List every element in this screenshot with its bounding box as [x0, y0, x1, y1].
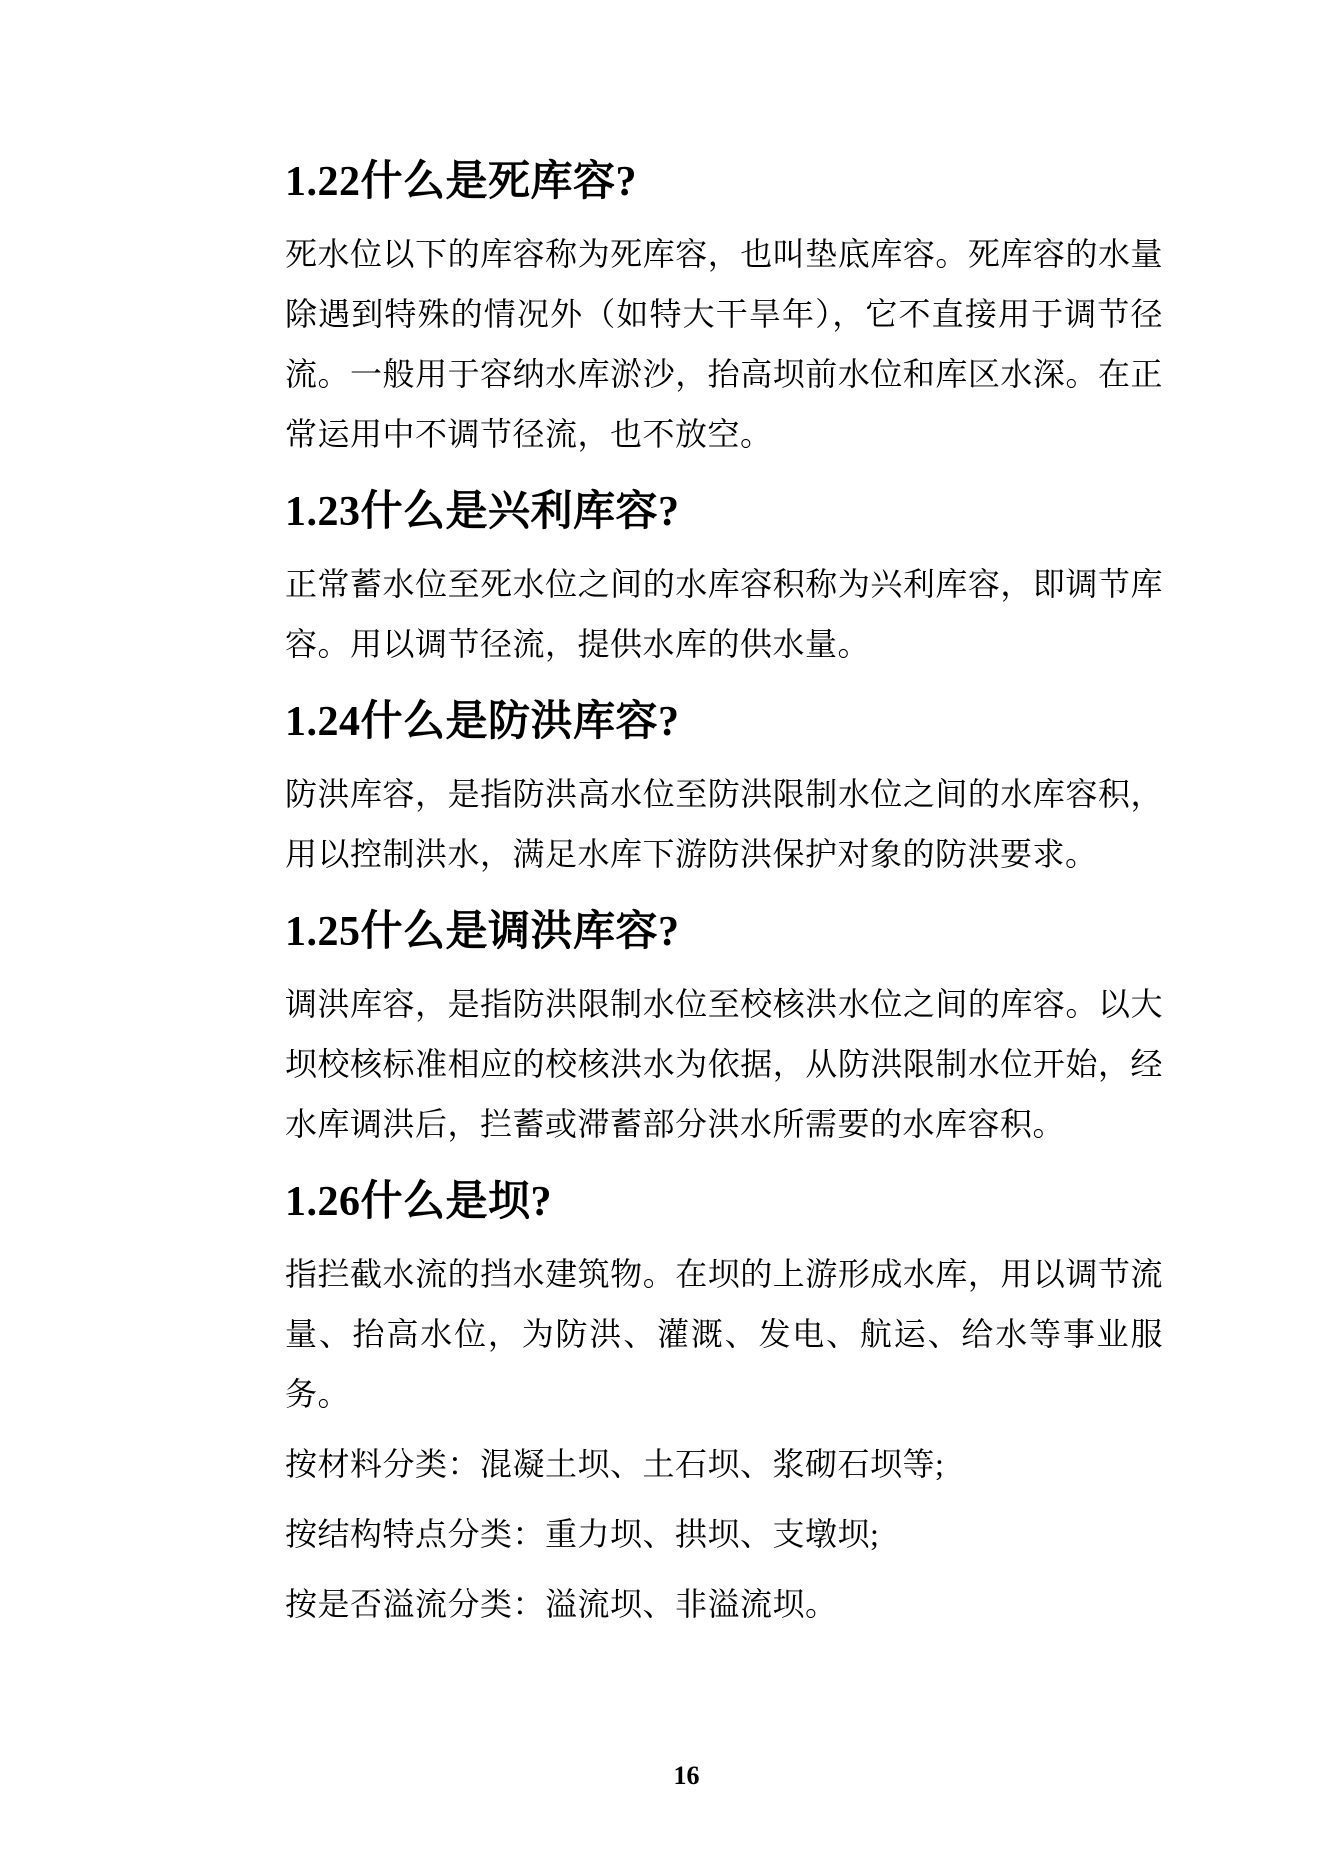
dam-classification-by-structure: 按结构特点分类：重力坝、拱坝、支墩坝;	[285, 1504, 1163, 1564]
paragraph: 死水位以下的库容称为死库容，也叫垫底库容。死库容的水量除遇到特殊的情况外（如特大…	[285, 224, 1163, 464]
paragraph: 防洪库容，是指防洪高水位至防洪限制水位之间的水库容积，用以控制洪水，满足水库下游…	[285, 764, 1163, 884]
paragraph: 调洪库容，是指防洪限制水位至校核洪水位之间的库容。以大坝校核标准相应的校核洪水为…	[285, 974, 1163, 1154]
section-1-26: 1.26什么是坝? 指拦截水流的挡水建筑物。在坝的上游形成水库，用以调节流量、抬…	[285, 1174, 1163, 1634]
dam-classification-by-material: 按材料分类：混凝土坝、土石坝、浆砌石坝等;	[285, 1434, 1163, 1494]
section-heading: 1.22什么是死库容?	[285, 154, 1163, 210]
section-1-22: 1.22什么是死库容? 死水位以下的库容称为死库容，也叫垫底库容。死库容的水量除…	[285, 154, 1163, 464]
section-1-23: 1.23什么是兴利库容? 正常蓄水位至死水位之间的水库容积称为兴利库容，即调节库…	[285, 484, 1163, 674]
dam-classification-by-overflow: 按是否溢流分类：溢流坝、非溢流坝。	[285, 1574, 1163, 1634]
section-1-25: 1.25什么是调洪库容? 调洪库容，是指防洪限制水位至校核洪水位之间的库容。以大…	[285, 904, 1163, 1154]
document-page: 1.22什么是死库容? 死水位以下的库容称为死库容，也叫垫底库容。死库容的水量除…	[0, 0, 1323, 1871]
paragraph: 指拦截水流的挡水建筑物。在坝的上游形成水库，用以调节流量、抬高水位，为防洪、灌溉…	[285, 1244, 1163, 1424]
section-1-24: 1.24什么是防洪库容? 防洪库容，是指防洪高水位至防洪限制水位之间的水库容积，…	[285, 694, 1163, 884]
section-heading: 1.26什么是坝?	[285, 1174, 1163, 1230]
page-number: 16	[50, 1760, 1323, 1792]
section-heading: 1.25什么是调洪库容?	[285, 904, 1163, 960]
section-heading: 1.23什么是兴利库容?	[285, 484, 1163, 540]
section-heading: 1.24什么是防洪库容?	[285, 694, 1163, 750]
paragraph: 正常蓄水位至死水位之间的水库容积称为兴利库容，即调节库容。用以调节径流，提供水库…	[285, 554, 1163, 674]
